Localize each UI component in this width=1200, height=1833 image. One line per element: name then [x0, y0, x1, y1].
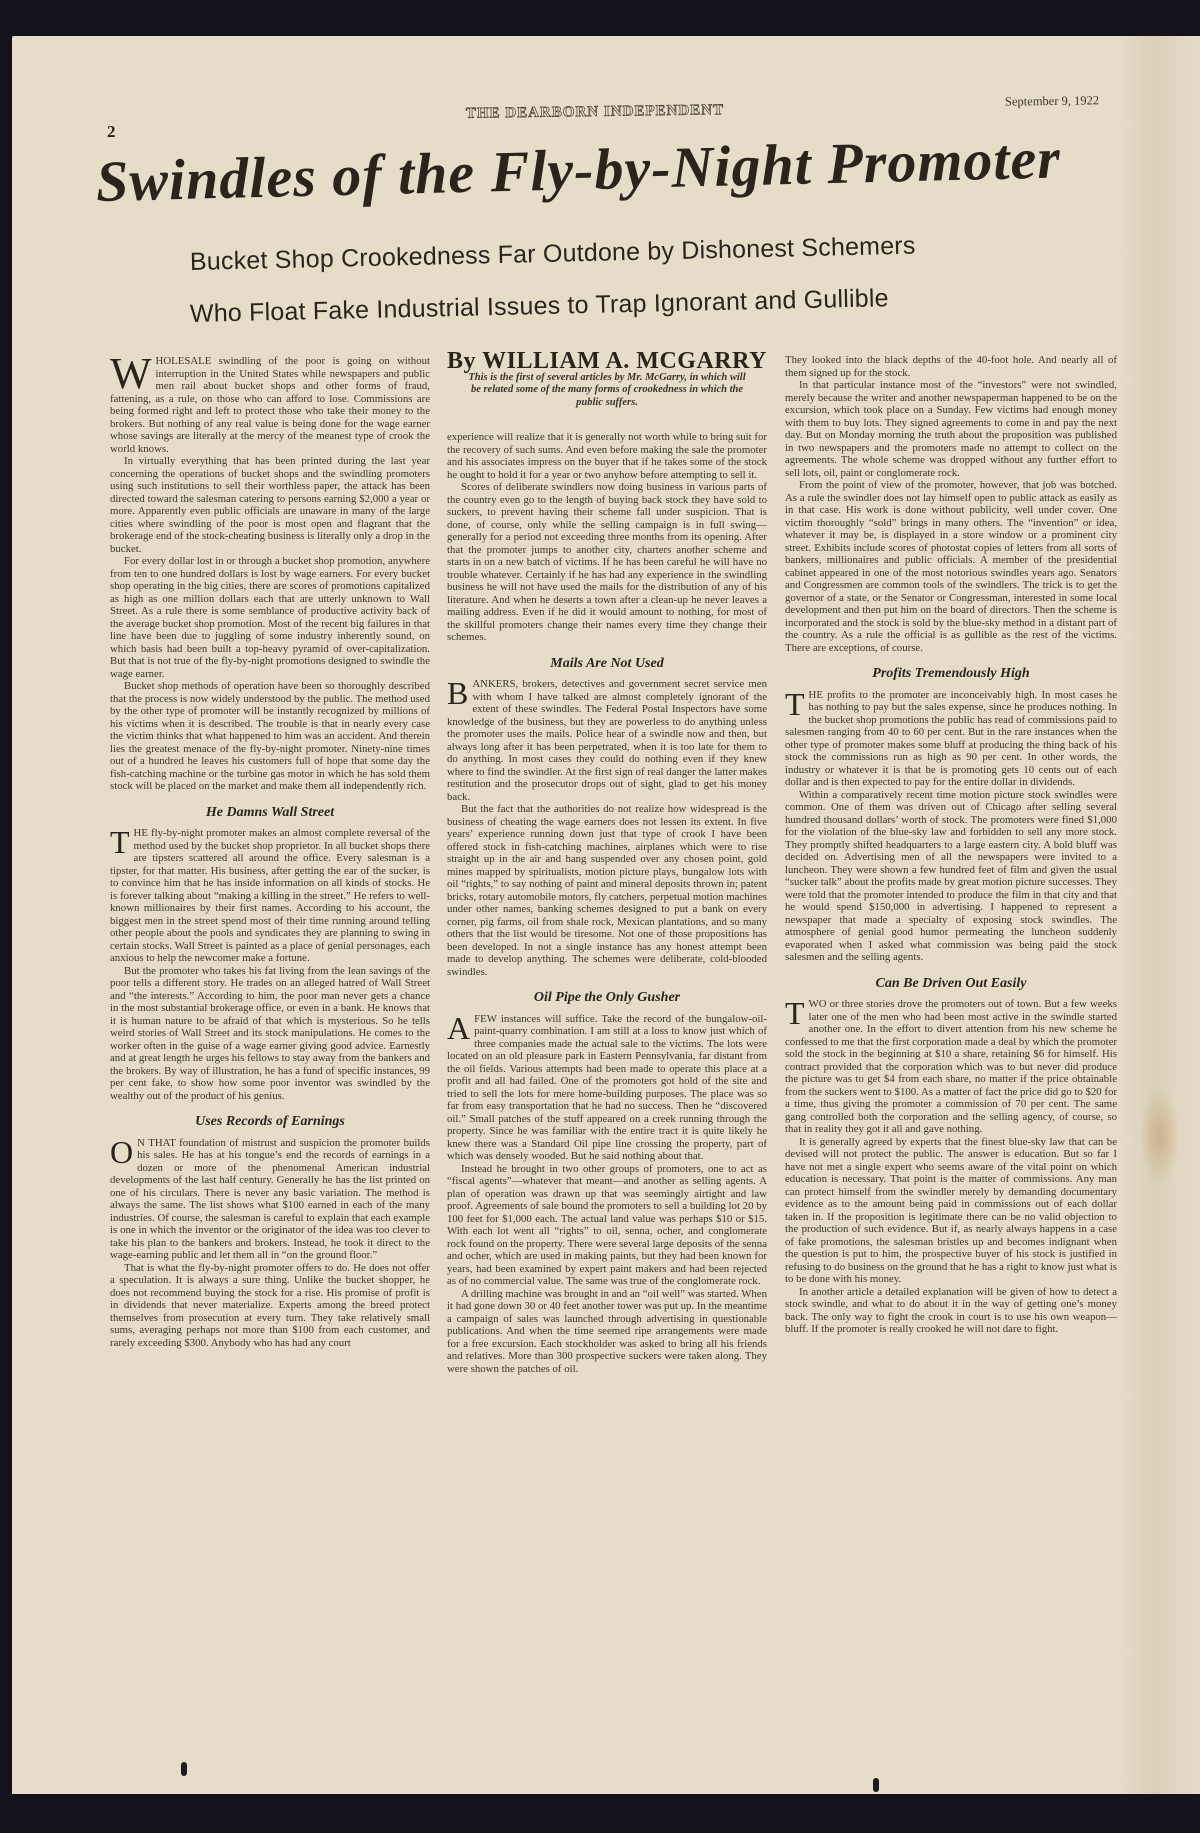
- paragraph: That is what the fly-by-night promoter o…: [110, 1262, 430, 1350]
- drop-cap: T: [785, 1000, 805, 1026]
- paragraph: From the point of view of the promoter, …: [785, 479, 1117, 654]
- paragraph: It is generally agreed by experts that t…: [785, 1136, 1117, 1286]
- subhead: He Damns Wall Street: [110, 807, 430, 820]
- drop-cap: W: [110, 357, 152, 391]
- water-stain: [1140, 1086, 1180, 1186]
- subhead: Profits Tremendously High: [785, 668, 1117, 681]
- paragraph: THE profits to the promoter are inconcei…: [785, 689, 1117, 789]
- paragraph: AFEW instances will suffice. Take the re…: [447, 1013, 767, 1163]
- paragraph: Within a comparatively recent time motio…: [785, 789, 1117, 964]
- paragraph: THE fly-by-night promoter makes an almos…: [110, 827, 430, 965]
- subhead: Can Be Driven Out Easily: [785, 978, 1117, 991]
- drop-cap: T: [110, 829, 130, 855]
- paragraph: A drilling machine was brought in and an…: [447, 1288, 767, 1376]
- ink-mark: [873, 1778, 879, 1792]
- byline: By WILLIAM A. MCGARRY: [447, 355, 767, 368]
- paragraph: But the promoter who takes his fat livin…: [110, 965, 430, 1103]
- paragraph: They looked into the black depths of the…: [785, 354, 1117, 379]
- paragraph: Instead he brought in two other groups o…: [447, 1163, 767, 1288]
- subhead: Uses Records of Earnings: [110, 1116, 430, 1129]
- paragraph: ON THAT foundation of mistrust and suspi…: [110, 1137, 430, 1262]
- page-number: 2: [107, 122, 116, 142]
- byline-note: This is the first of several articles by…: [467, 372, 747, 410]
- column-3: They looked into the black depths of the…: [785, 354, 1117, 1336]
- paragraph: For every dollar lost in or through a bu…: [110, 555, 430, 680]
- drop-cap: A: [447, 1015, 470, 1041]
- drop-cap: T: [785, 691, 805, 717]
- paragraph: Bucket shop methods of operation have be…: [110, 680, 430, 793]
- paragraph: In virtually everything that has been pr…: [110, 455, 430, 555]
- issue-date: September 9, 1922: [1005, 93, 1099, 109]
- subhead: Oil Pipe the Only Gusher: [447, 992, 767, 1005]
- paragraph: But the fact that the authorities do not…: [447, 803, 767, 978]
- drop-cap: O: [110, 1139, 133, 1165]
- drop-cap: B: [447, 680, 468, 706]
- paragraph: In another article a detailed explanatio…: [785, 1286, 1117, 1336]
- paragraph: Scores of deliberate swindlers now doing…: [447, 481, 767, 644]
- subhead: Mails Are Not Used: [447, 658, 767, 671]
- column-1: WHOLESALE swindling of the poor is going…: [110, 355, 430, 1349]
- ink-mark: [181, 1762, 187, 1776]
- paragraph: BANKERS, brokers, detectives and governm…: [447, 678, 767, 803]
- paragraph: experience will realize that it is gener…: [447, 431, 767, 481]
- paragraph: TWO or three stories drove the promoters…: [785, 998, 1117, 1136]
- column-2: By WILLIAM A. MCGARRY This is the first …: [447, 355, 767, 1375]
- paragraph: In that particular instance most of the …: [785, 379, 1117, 479]
- paragraph: WHOLESALE swindling of the poor is going…: [110, 355, 430, 455]
